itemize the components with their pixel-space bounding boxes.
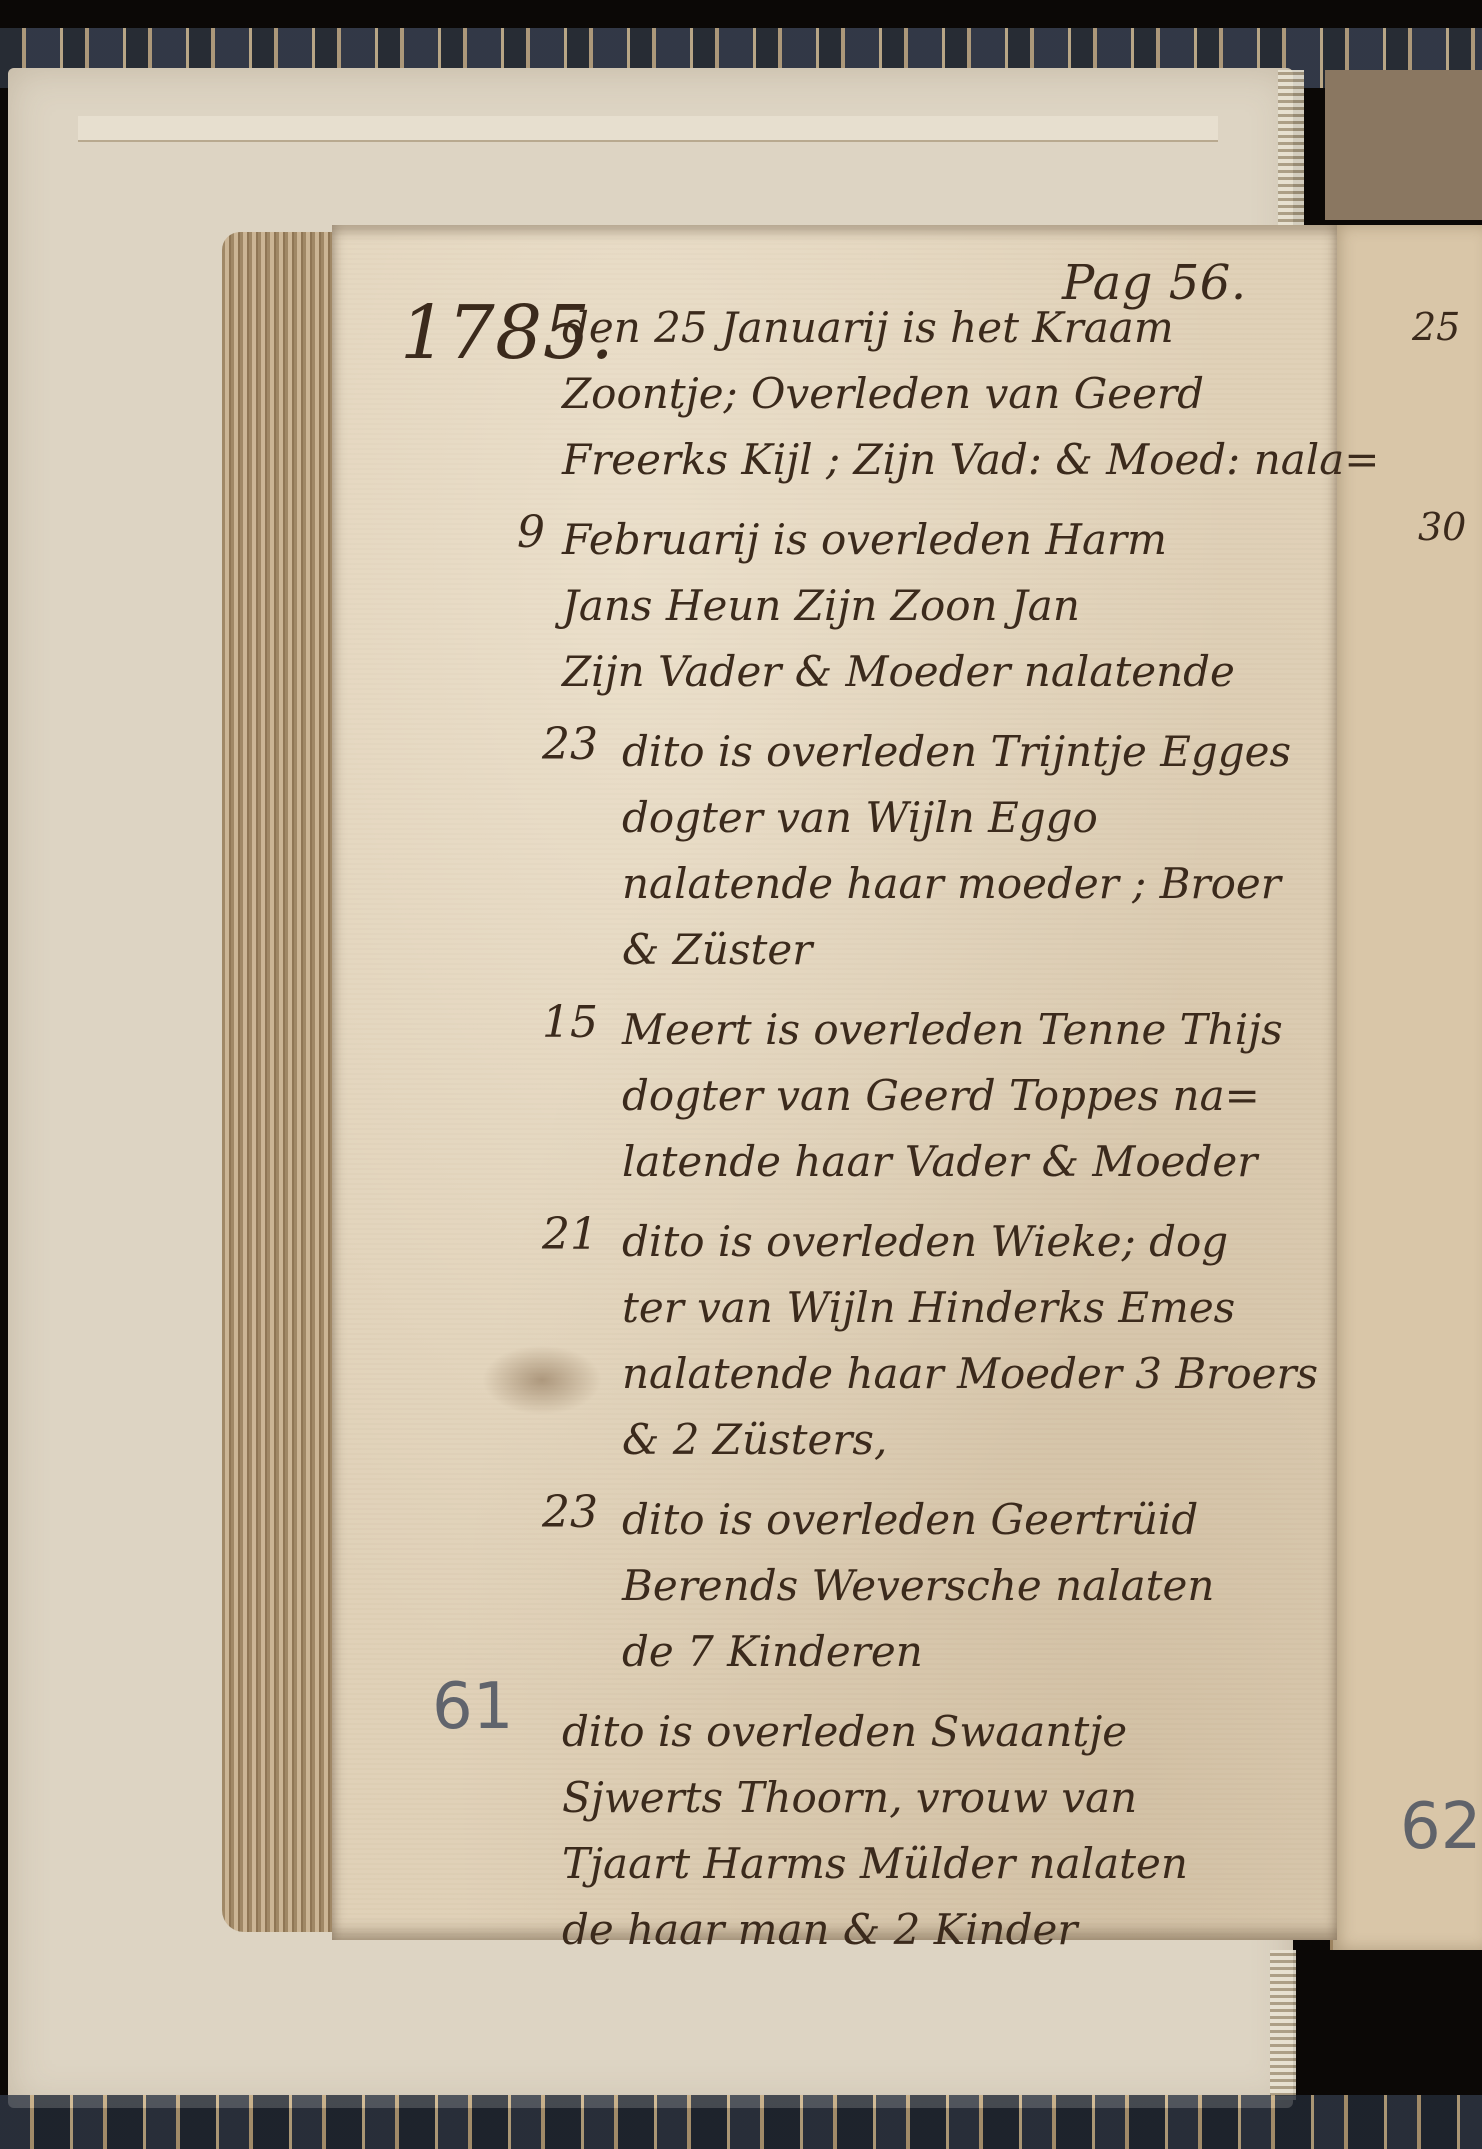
entry-line: Sjwerts Thoorn, vrouw van: [562, 1765, 1332, 1831]
entry-line: dito is overleden Swaantje: [562, 1699, 1332, 1765]
entry-line: dogter van Wijln Eggo: [562, 785, 1332, 851]
entry-line: dito is overleden Wieke; dog: [562, 1209, 1332, 1275]
entry-line: nalatende haar Moeder 3 Broers: [562, 1341, 1332, 1407]
entry-line: Zijn Vader & Moeder nalatende: [562, 639, 1332, 705]
entry-line: ter van Wijln Hinderks Emes: [562, 1275, 1332, 1341]
entry-line: nalatende haar moeder ; Broer: [562, 851, 1332, 917]
entry-line: & Züster: [562, 917, 1332, 983]
entry-day: 21: [542, 1209, 598, 1260]
entry-day: 23: [542, 1487, 598, 1538]
entry-day: 9: [517, 507, 545, 558]
entry: dito is overleden Swaantje Sjwerts Thoor…: [562, 1699, 1332, 1963]
entry-line: Jans Heun Zijn Zoon Jan: [562, 573, 1332, 639]
entry-line: dogter van Geerd Toppes na=: [562, 1063, 1332, 1129]
entry-line: dito is overleden Geertrüid: [562, 1487, 1332, 1553]
entry: 21 dito is overleden Wieke; dog ter van …: [562, 1209, 1332, 1473]
death-entries: den 25 Januarij is het Kraam Zoontje; Ov…: [562, 295, 1332, 1977]
entry-line: Meert is overleden Tenne Thijs: [562, 997, 1332, 1063]
entry-line: Februarij is overleden Harm: [562, 507, 1332, 573]
entry: 23 dito is overleden Trijntje Egges dogt…: [562, 719, 1332, 983]
binding-stitching-top: [1278, 70, 1304, 240]
book-cover-bottom-edge: [0, 2095, 1482, 2149]
page-edges-stack: [222, 232, 342, 1932]
entry-day: 23: [542, 719, 598, 770]
pencil-folio-left: 61: [432, 1670, 513, 1744]
entry: 9 Februarij is overleden Harm Jans Heun …: [562, 507, 1332, 705]
entry-line: Freerks Kijl ; Zijn Vad: & Moed: nala=: [562, 427, 1332, 493]
entry-line: de haar man & 2 Kinder: [562, 1897, 1332, 1963]
torn-strip: [78, 116, 1218, 142]
entry: den 25 Januarij is het Kraam Zoontje; Ov…: [562, 295, 1332, 493]
entry-line: dito is overleden Trijntje Egges: [562, 719, 1332, 785]
entry: 23 dito is overleden Geertrüid Berends W…: [562, 1487, 1332, 1685]
next-page-day-number: 30: [1418, 505, 1466, 549]
entry-line: latende haar Vader & Moeder: [562, 1129, 1332, 1195]
pencil-folio-right: 62: [1400, 1790, 1481, 1864]
next-page-upper-shadow: [1325, 70, 1482, 220]
entry-line: & 2 Züsters,: [562, 1407, 1332, 1473]
entry-line: Tjaart Harms Mülder nalaten: [562, 1831, 1332, 1897]
entry-day: 15: [542, 997, 598, 1048]
entry-line: Berends Weversche nalaten: [562, 1553, 1332, 1619]
entry-line: Zoontje; Overleden van Geerd: [562, 361, 1332, 427]
next-page-day-number: 25: [1412, 305, 1460, 349]
entry: 15 Meert is overleden Tenne Thijs dogter…: [562, 997, 1332, 1195]
entry-line: de 7 Kinderen: [562, 1619, 1332, 1685]
entry-line: den 25 Januarij is het Kraam: [562, 295, 1332, 361]
